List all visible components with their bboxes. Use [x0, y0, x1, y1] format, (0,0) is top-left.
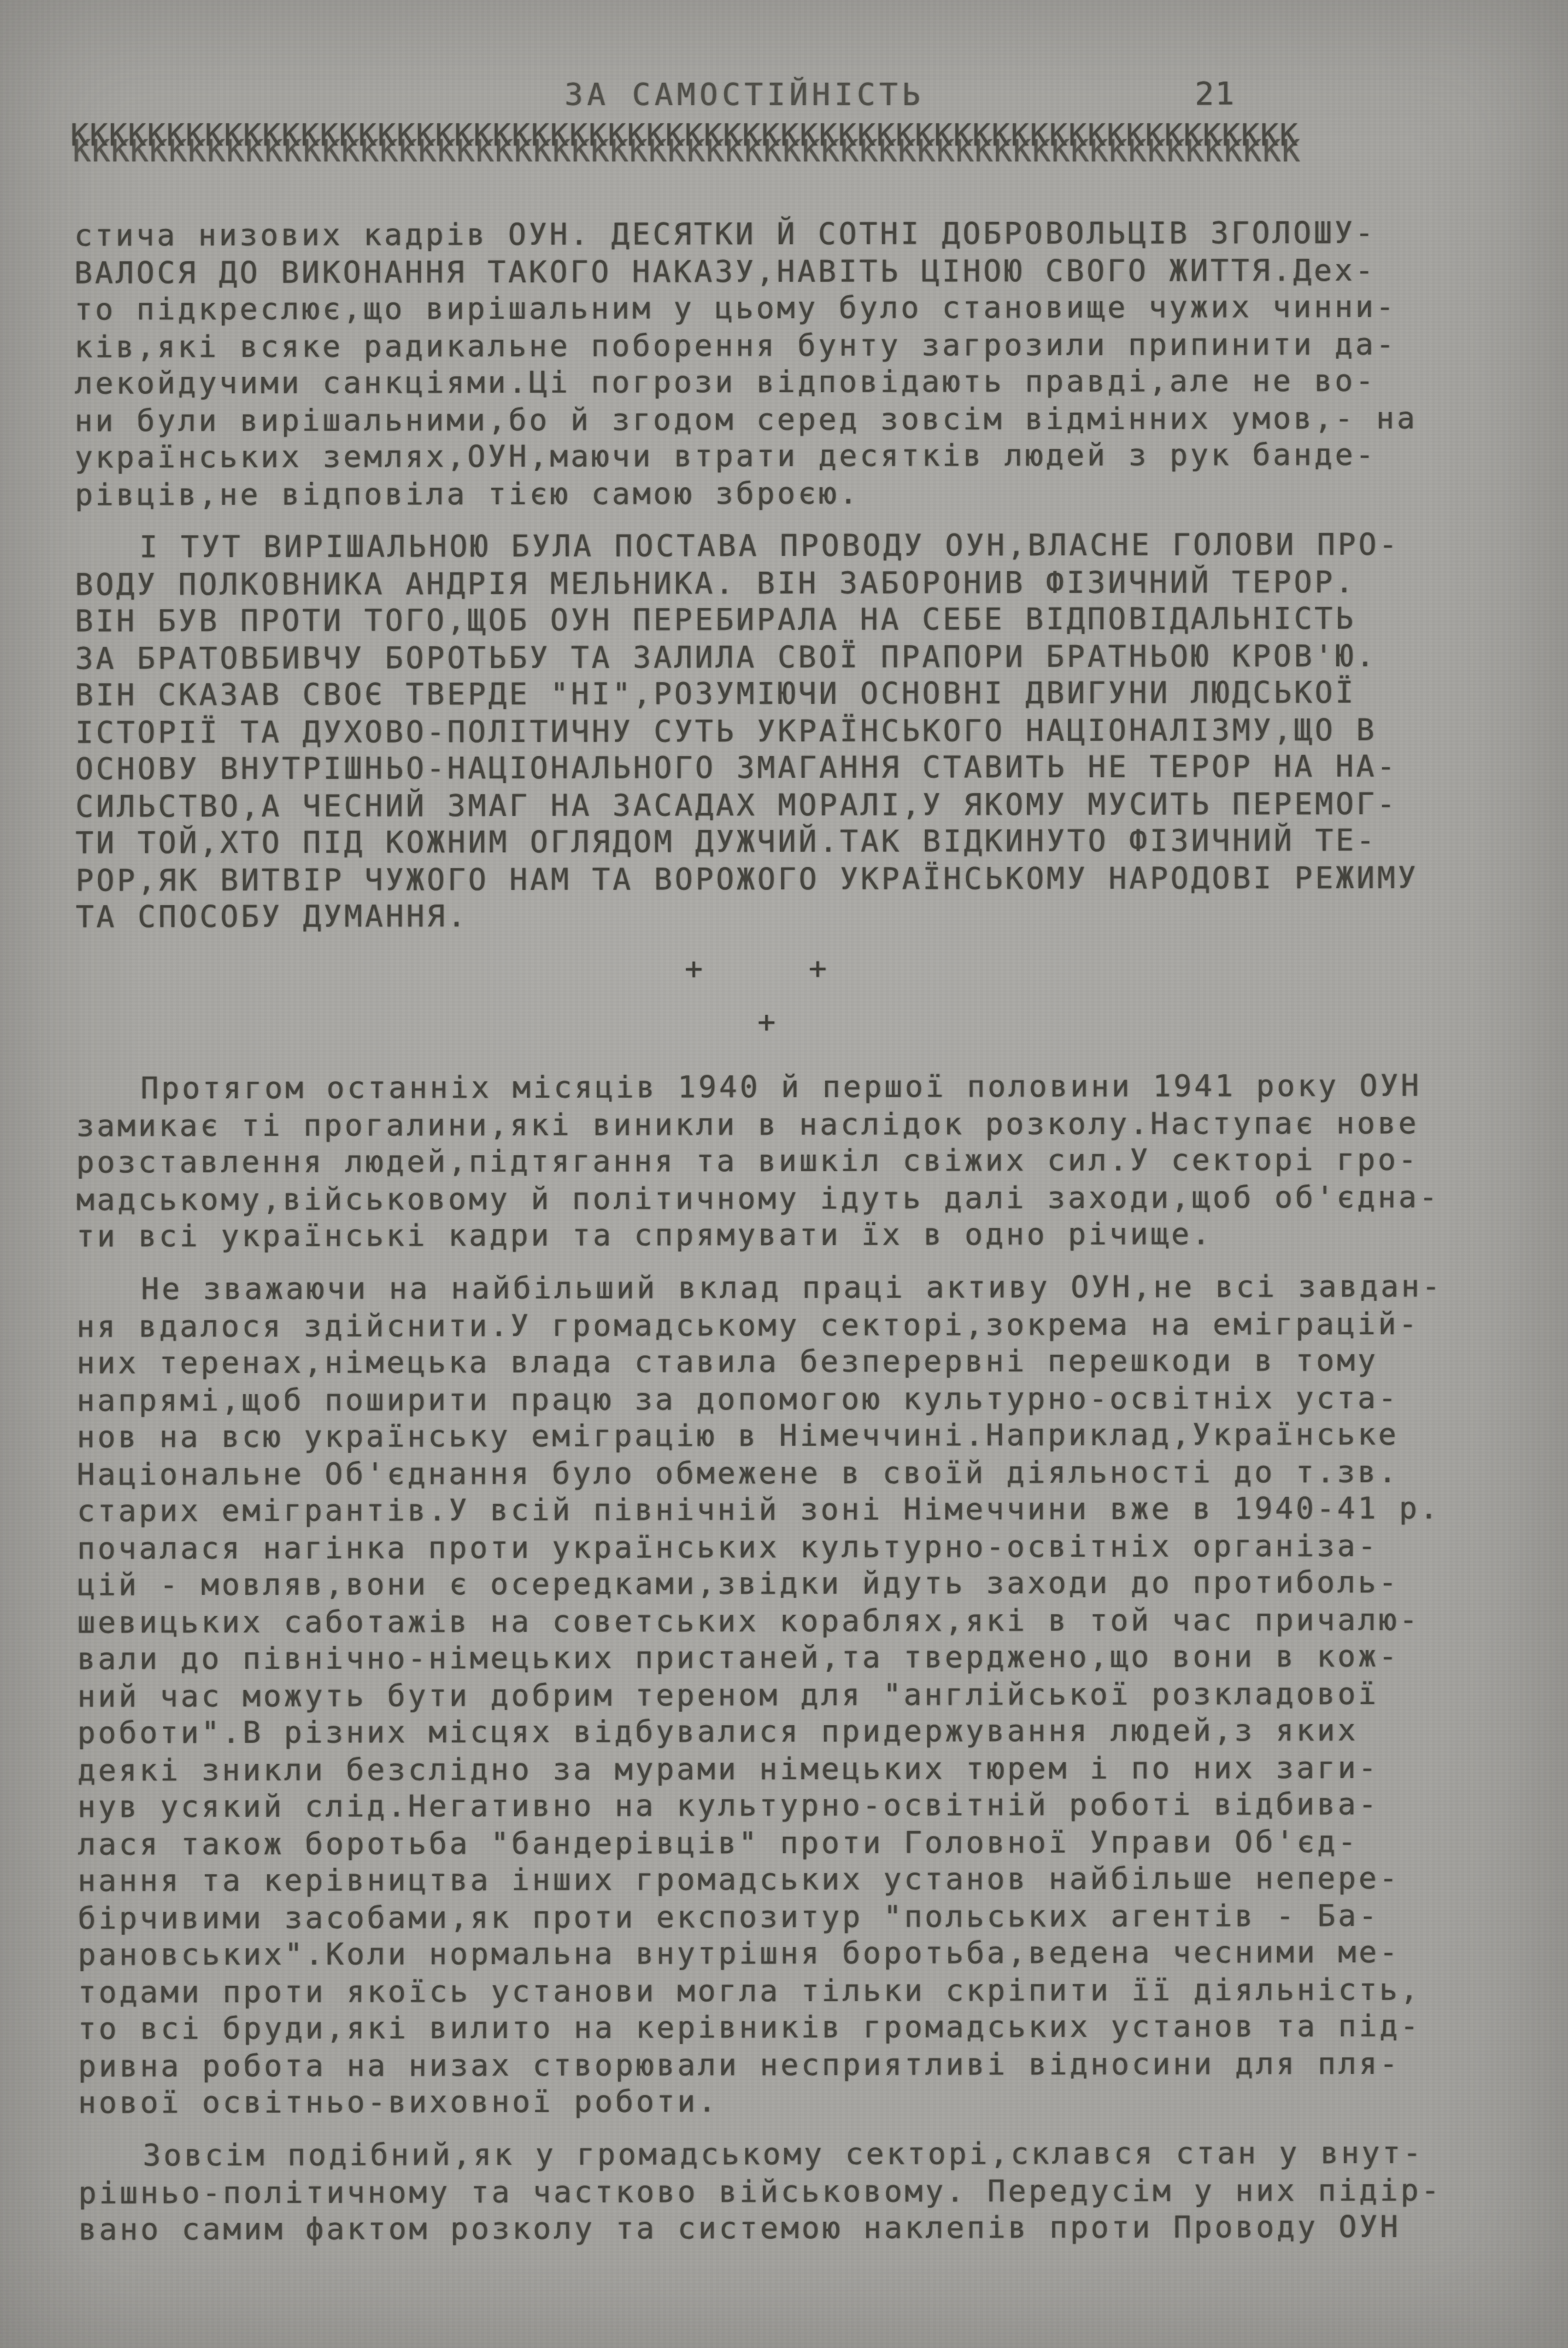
- text-line: ВАЛОСЯ ДО ВИКОНАННЯ ТАКОГО НАКАЗУ,НАВІТЬ…: [74, 252, 1512, 292]
- text-line: цій - мовляв,вони є осередками,звідки йд…: [77, 1564, 1515, 1604]
- plus-mark: +: [758, 1004, 778, 1041]
- text-line: рановських".Коли нормальна внутрішня бор…: [77, 1934, 1515, 1973]
- text-line: ОСНОВУ ВНУТРІШНЬО-НАЦІОНАЛЬНОГО ЗМАГАННЯ…: [75, 748, 1513, 788]
- text-line: ВІН БУВ ПРОТИ ТОГО,ЩОБ ОУН ПЕРЕБИРАЛА НА…: [75, 600, 1513, 640]
- text-line: лекойдучими санкціями.Ці погрози відпові…: [75, 362, 1512, 402]
- text-line: Національне Об'єднання було обмежене в с…: [77, 1453, 1515, 1493]
- page-number: 21: [1195, 75, 1235, 112]
- text-line: ЗА БРАТОВБИВЧУ БОРОТЬБУ ТА ЗАЛИЛА СВОЇ П…: [75, 637, 1513, 677]
- plus-mark: +: [685, 950, 705, 987]
- paragraph: Протягом останніх місяців 1940 й першої …: [76, 1067, 1514, 1255]
- text-line: Зовсім подібний,як у громадському сектор…: [78, 2134, 1516, 2174]
- text-line: рівців,не відповіла тією самою зброєю.: [75, 474, 1512, 514]
- text-line: нової освітньо-виховної роботи.: [78, 2082, 1516, 2121]
- plus-mark: +: [809, 950, 829, 987]
- divider-strike-bottom: КККККККККККККККККККККККККККККККККККККККК…: [73, 134, 1301, 169]
- text-line: ня вдалося здійснити.У громадському сект…: [76, 1305, 1514, 1345]
- text-line: то підкреслює,що вирішальним у цьому бул…: [75, 288, 1512, 328]
- text-line: ривна робота на низах створювали несприя…: [78, 2045, 1516, 2085]
- text-line: нов на всю українську еміграцію в Німечч…: [77, 1416, 1515, 1456]
- text-line: нув усякий слід.Негативно на культурно-о…: [77, 1786, 1515, 1826]
- text-line: напрямі,щоб поширити працю за допомогою …: [77, 1379, 1515, 1419]
- text-line: них теренах,німецька влада ставила безпе…: [76, 1342, 1514, 1382]
- separator-row-bottom: +: [49, 1003, 1486, 1043]
- text-line: бірчивими засобами,як проти експозитур "…: [77, 1897, 1515, 1937]
- text-line: СИЛЬСТВО,А ЧЕСНИЙ ЗМАГ НА ЗАСАДАХ МОРАЛІ…: [75, 785, 1513, 825]
- text-line: ти всі українські кадри та спрямувати їх…: [76, 1215, 1514, 1255]
- text-line: ТА СПОСОБУ ДУМАННЯ.: [76, 896, 1513, 936]
- text-line: лася також боротьба "бандерівців" проти …: [77, 1823, 1515, 1863]
- text-line: почалася нагінка проти українських культ…: [77, 1527, 1515, 1567]
- text-line: рішньо-політичному та частково військово…: [78, 2172, 1516, 2212]
- text-line: тодами проти якоїсь установи могла тільк…: [78, 1971, 1516, 2011]
- document-title: ЗА САМОСТІЙНІСТЬ: [565, 77, 924, 113]
- text-line: то всі бруди,які вилито на керівників гр…: [78, 2008, 1516, 2047]
- text-line: ВІН СКАЗАВ СВОЄ ТВЕРДЕ "НІ",РОЗУМІЮЧИ ОС…: [75, 674, 1513, 714]
- text-line: замикає ті прогалини,які виникли в наслі…: [76, 1105, 1514, 1145]
- text-line: шевицьких саботажів на советських корабл…: [77, 1601, 1515, 1641]
- text-line: роботи".В різних місцях відбувалися прид…: [77, 1712, 1515, 1752]
- text-line: ків,які всяке радикальне поборення бунту…: [75, 326, 1512, 366]
- text-line: ІСТОРІЇ ТА ДУХОВО-ПОЛІТИЧНУ СУТЬ УКРАЇНС…: [75, 711, 1513, 751]
- text-line: мадському,військовому й політичному ідут…: [76, 1179, 1514, 1219]
- text-line: ТИ ТОЙ,ХТО ПІД КОЖНИМ ОГЛЯДОМ ДУЖЧИЙ.ТАК…: [76, 822, 1513, 862]
- paragraph: І ТУТ ВИРІШАЛЬНОЮ БУЛА ПОСТАВА ПРОВОДУ О…: [75, 526, 1513, 936]
- text-line: Не зважаючи на найбільший вклад праці ак…: [76, 1268, 1514, 1308]
- paragraph: Не зважаючи на найбільший вклад праці ак…: [76, 1268, 1516, 2121]
- scanned-document-page: ЗА САМОСТІЙНІСТЬ 21 КККККККККККККККККККК…: [0, 0, 1568, 2348]
- paragraph: стича низових кадрів ОУН. ДЕСЯТКИ Й СОТН…: [74, 214, 1512, 513]
- text-line: І ТУТ ВИРІШАЛЬНОЮ БУЛА ПОСТАВА ПРОВОДУ О…: [75, 526, 1512, 566]
- text-line: ВОДУ ПОЛКОВНИКА АНДРІЯ МЕЛЬНИКА. ВІН ЗАБ…: [75, 564, 1513, 603]
- text-line: українських землях,ОУН,маючи втрати деся…: [75, 436, 1512, 476]
- text-line: ний час можуть бути добрим тереном для "…: [77, 1675, 1515, 1715]
- text-line: деякі зникли безслідно за мурами німецьк…: [77, 1749, 1515, 1789]
- text-line: ни були вирішальними,бо й згодом серед з…: [75, 400, 1512, 440]
- text-line: Протягом останніх місяців 1940 й першої …: [76, 1067, 1513, 1107]
- separator-row-top: ++: [38, 949, 1476, 989]
- paragraph: Зовсім подібний,як у громадському сектор…: [78, 2134, 1516, 2248]
- text-line: вали до північно-німецьких пристаней,та …: [77, 1638, 1515, 1678]
- text-line: розставлення людей,підтягання та вишкіл …: [76, 1141, 1514, 1181]
- content-blocks: стича низових кадрів ОУН. ДЕСЯТКИ Й СОТН…: [74, 214, 1516, 2264]
- section-separator: +++: [76, 949, 1513, 1042]
- text-line: нання та керівництва інших громадських у…: [77, 1860, 1515, 1900]
- text-line: старих емігрантів.У всій північній зоні …: [77, 1490, 1515, 1530]
- text-line: вано самим фактом розколу та системою на…: [78, 2208, 1516, 2248]
- text-line: РОР,ЯК ВИТВІР ЧУЖОГО НАМ ТА ВОРОЖОГО УКР…: [76, 859, 1513, 899]
- text-line: стича низових кадрів ОУН. ДЕСЯТКИ Й СОТН…: [74, 214, 1512, 254]
